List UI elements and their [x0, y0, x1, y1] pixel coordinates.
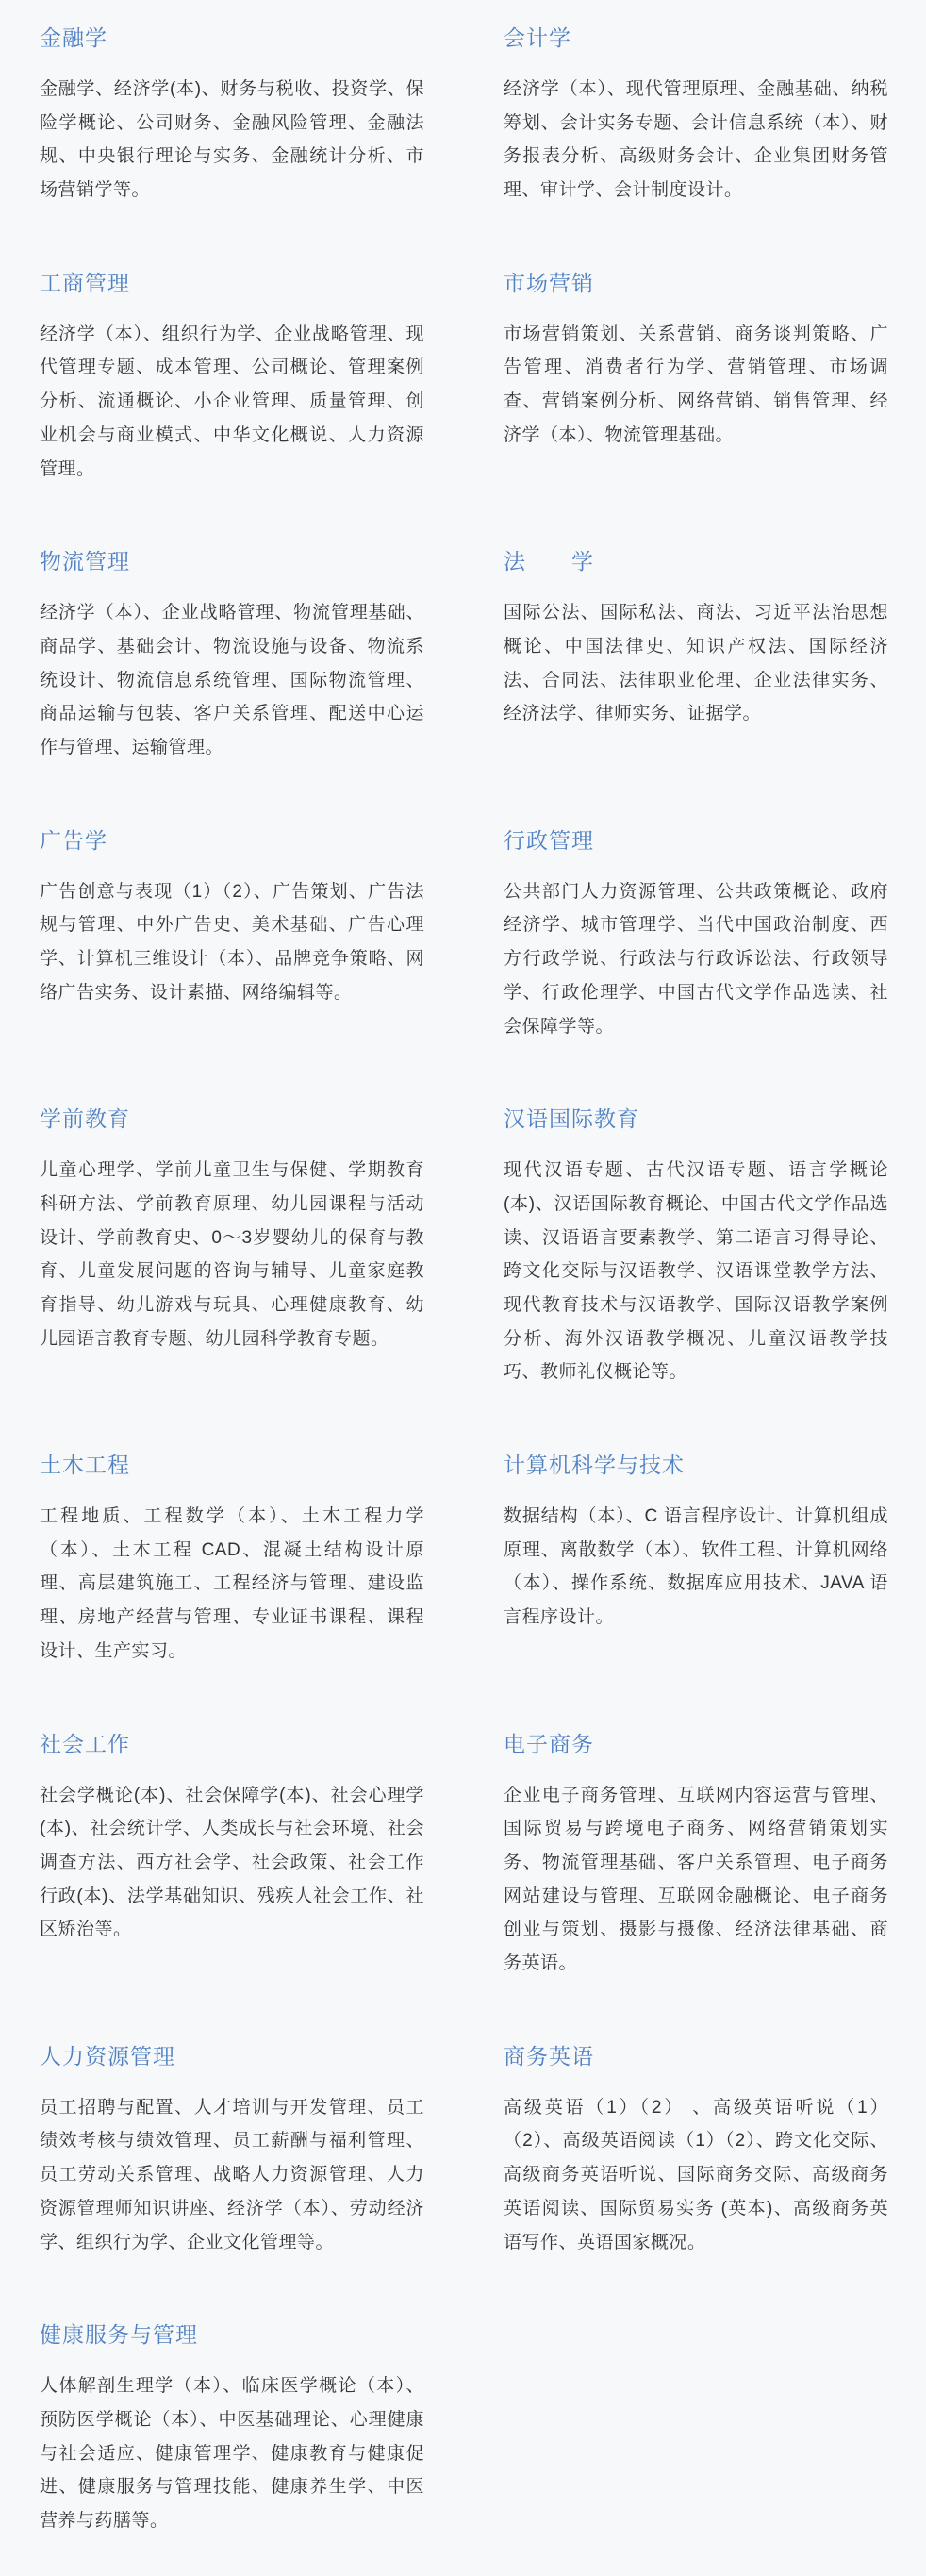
- section-social-work: 社会工作 社会学概论(本)、社会保障学(本)、社会心理学(本)、社会统计学、人类…: [40, 1731, 424, 1947]
- section-law: 法 学 国际公法、国际私法、商法、习近平法治思想概论、中国法律史、知识产权法、国…: [504, 548, 888, 731]
- course-list-accounting: 经济学（本）、现代管理原理、金融基础、纳税筹划、会计实务专题、会计信息系统（本）…: [504, 73, 888, 208]
- section-health-services-management: 健康服务与管理 人体解剖生理学（本）、临床医学概论（本）、预防医学概论（本）、中…: [40, 2321, 424, 2537]
- major-title-health-services-management: 健康服务与管理: [40, 2321, 424, 2350]
- course-list-finance: 金融学、经济学(本)、财务与税收、投资学、保险学概论、公司财务、金融风险管理、金…: [40, 73, 424, 208]
- course-list-civil-engineering: 工程地质、工程数学（本）、土木工程力学（本）、土木工程 CAD、混凝土结构设计原…: [40, 1500, 424, 1669]
- course-list-marketing: 市场营销策划、关系营销、商务谈判策略、广告管理、消费者行为学、营销管理、市场调查…: [504, 318, 888, 453]
- course-list-social-work: 社会学概论(本)、社会保障学(本)、社会心理学(本)、社会统计学、人类成长与社会…: [40, 1779, 424, 1948]
- major-title-law: 法 学: [504, 548, 888, 576]
- course-list-computer-science: 数据结构（本）、C 语言程序设计、计算机组成原理、离散数学（本）、软件工程、计算…: [504, 1500, 888, 1635]
- section-preschool-education: 学前教育 儿童心理学、学前儿童卫生与保健、学期教育科研方法、学前教育原理、幼儿园…: [40, 1105, 424, 1355]
- section-computer-science: 计算机科学与技术 数据结构（本）、C 语言程序设计、计算机组成原理、离散数学（本…: [504, 1452, 888, 1635]
- major-title-advertising: 广告学: [40, 827, 424, 856]
- major-title-accounting: 会计学: [504, 25, 888, 53]
- section-finance: 金融学 金融学、经济学(本)、财务与税收、投资学、保险学概论、公司财务、金融风险…: [40, 25, 424, 208]
- section-marketing: 市场营销 市场营销策划、关系营销、商务谈判策略、广告管理、消费者行为学、营销管理…: [504, 270, 888, 453]
- majors-course-list: 金融学 金融学、经济学(本)、财务与税收、投资学、保险学概论、公司财务、金融风险…: [0, 0, 926, 2576]
- course-list-business-administration: 经济学（本）、组织行为学、企业战略管理、现代管理专题、成本管理、公司概论、管理案…: [40, 318, 424, 487]
- major-title-human-resource-management: 人力资源管理: [40, 2043, 424, 2071]
- section-e-commerce: 电子商务 企业电子商务管理、互联网内容运营与管理、国际贸易与跨境电子商务、网络营…: [504, 1731, 888, 1981]
- major-title-chinese-international-education: 汉语国际教育: [504, 1105, 888, 1134]
- course-list-chinese-international-education: 现代汉语专题、古代汉语专题、语言学概论(本)、汉语国际教育概论、中国古代文学作品…: [504, 1154, 888, 1389]
- course-list-logistics-management: 经济学（本）、企业战略管理、物流管理基础、商品学、基础会计、物流设施与设备、物流…: [40, 596, 424, 765]
- major-title-e-commerce: 电子商务: [504, 1731, 888, 1759]
- course-list-law: 国际公法、国际私法、商法、习近平法治思想概论、中国法律史、知识产权法、国际经济法…: [504, 596, 888, 731]
- course-list-public-administration: 公共部门人力资源管理、公共政策概论、政府经济学、城市管理学、当代中国政治制度、西…: [504, 875, 888, 1044]
- major-title-computer-science: 计算机科学与技术: [504, 1452, 888, 1480]
- major-title-civil-engineering: 土木工程: [40, 1452, 424, 1480]
- course-list-human-resource-management: 员工招聘与配置、人才培训与开发管理、员工绩效考核与绩效管理、员工薪酬与福利管理、…: [40, 2091, 424, 2260]
- course-list-preschool-education: 儿童心理学、学前儿童卫生与保健、学期教育科研方法、学前教育原理、幼儿园课程与活动…: [40, 1154, 424, 1355]
- section-business-english: 商务英语 高级英语（1）（2） 、高级英语听说（1）（2）、高级英语阅读（1）（…: [504, 2043, 888, 2259]
- course-list-e-commerce: 企业电子商务管理、互联网内容运营与管理、国际贸易与跨境电子商务、网络营销策划实务…: [504, 1779, 888, 1981]
- section-accounting: 会计学 经济学（本）、现代管理原理、金融基础、纳税筹划、会计实务专题、会计信息系…: [504, 25, 888, 208]
- section-advertising: 广告学 广告创意与表现（1）（2）、广告策划、广告法规与管理、中外广告史、美术基…: [40, 827, 424, 1010]
- major-title-business-administration: 工商管理: [40, 270, 424, 298]
- course-list-health-services-management: 人体解剖生理学（本）、临床医学概论（本）、预防医学概论（本）、中医基础理论、心理…: [40, 2369, 424, 2538]
- section-public-administration: 行政管理 公共部门人力资源管理、公共政策概论、政府经济学、城市管理学、当代中国政…: [504, 827, 888, 1043]
- course-list-business-english: 高级英语（1）（2） 、高级英语听说（1）（2）、高级英语阅读（1）（2）、跨文…: [504, 2091, 888, 2260]
- section-civil-engineering: 土木工程 工程地质、工程数学（本）、土木工程力学（本）、土木工程 CAD、混凝土…: [40, 1452, 424, 1668]
- section-logistics-management: 物流管理 经济学（本）、企业战略管理、物流管理基础、商品学、基础会计、物流设施与…: [40, 548, 424, 764]
- section-human-resource-management: 人力资源管理 员工招聘与配置、人才培训与开发管理、员工绩效考核与绩效管理、员工薪…: [40, 2043, 424, 2259]
- major-title-social-work: 社会工作: [40, 1731, 424, 1759]
- major-title-preschool-education: 学前教育: [40, 1105, 424, 1134]
- major-title-public-administration: 行政管理: [504, 827, 888, 856]
- section-business-administration: 工商管理 经济学（本）、组织行为学、企业战略管理、现代管理专题、成本管理、公司概…: [40, 270, 424, 486]
- major-title-business-english: 商务英语: [504, 2043, 888, 2071]
- major-title-logistics-management: 物流管理: [40, 548, 424, 576]
- section-chinese-international-education: 汉语国际教育 现代汉语专题、古代汉语专题、语言学概论(本)、汉语国际教育概论、中…: [504, 1105, 888, 1389]
- major-title-finance: 金融学: [40, 25, 424, 53]
- course-list-advertising: 广告创意与表现（1）（2）、广告策划、广告法规与管理、中外广告史、美术基础、广告…: [40, 875, 424, 1010]
- major-title-marketing: 市场营销: [504, 270, 888, 298]
